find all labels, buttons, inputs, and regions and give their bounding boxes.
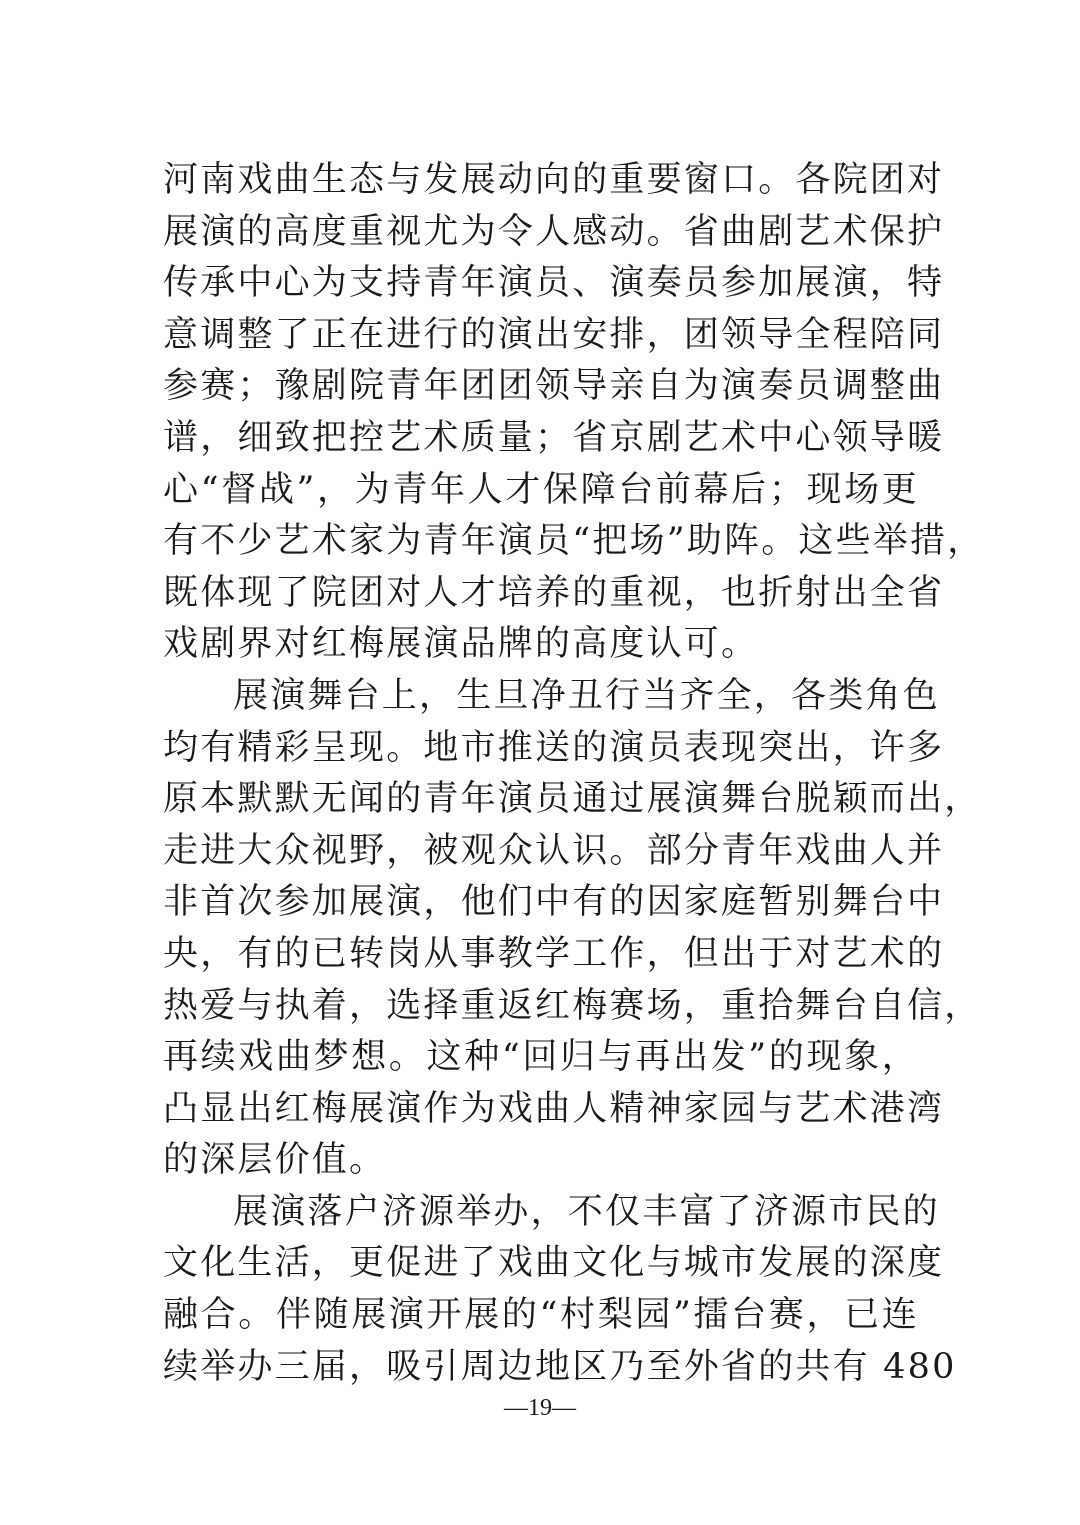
text-line: 的深层价值。 [163, 1135, 919, 1187]
text-line: 凸显出红梅展演作为戏曲人精神家园与艺术港湾 [163, 1084, 919, 1136]
text-line: 展演落户济源举办，不仅丰富了济源市民的 [163, 1187, 919, 1239]
text-line: 河南戏曲生态与发展动向的重要窗口。各院团对 [163, 155, 919, 207]
text-line: 有不少艺术家为青年演员“把场”助阵。这些举措， [163, 516, 919, 568]
paragraph-2: 展演舞台上，生旦净丑行当齐全，各类角色 均有精彩呈现。地市推送的演员表现突出，许… [163, 671, 919, 1187]
text-line: 参赛；豫剧院青年团团领导亲自为演奏员调整曲 [163, 361, 919, 413]
text-line: 续举办三届，吸引周边地区乃至外省的共有 480 [163, 1342, 919, 1394]
text-line: 既体现了院团对人才培养的重视，也折射出全省 [163, 568, 919, 620]
text-line: 展演舞台上，生旦净丑行当齐全，各类角色 [163, 671, 919, 723]
text-line: 谱，细致把控艺术质量；省京剧艺术中心领导暖 [163, 413, 919, 465]
text-line: 原本默默无闻的青年演员通过展演舞台脱颖而出， [163, 774, 919, 826]
text-line: 央，有的已转岗从事教学工作，但出于对艺术的 [163, 929, 919, 981]
text-line: 再续戏曲梦想。这种“回归与再出发”的现象， [163, 1032, 919, 1084]
text-line: 文化生活，更促进了戏曲文化与城市发展的深度 [163, 1238, 919, 1290]
text-line: 心“督战”，为青年人才保障台前幕后；现场更 [163, 465, 919, 517]
text-line: 传承中心为支持青年演员、演奏员参加展演，特 [163, 258, 919, 310]
text-line: 非首次参加展演，他们中有的因家庭暂别舞台中 [163, 877, 919, 929]
paragraph-3: 展演落户济源举办，不仅丰富了济源市民的 文化生活，更促进了戏曲文化与城市发展的深… [163, 1187, 919, 1393]
text-line: 走进大众视野，被观众认识。部分青年戏曲人并 [163, 826, 919, 878]
text-line: 展演的高度重视尤为令人感动。省曲剧艺术保护 [163, 207, 919, 259]
paragraph-1: 河南戏曲生态与发展动向的重要窗口。各院团对 展演的高度重视尤为令人感动。省曲剧艺… [163, 155, 919, 671]
text-line: 融合。伴随展演开展的“村梨园”擂台赛，已连 [163, 1290, 919, 1342]
page-number: —19— [0, 1395, 1080, 1422]
text-line: 均有精彩呈现。地市推送的演员表现突出，许多 [163, 723, 919, 775]
text-line: 热爱与执着，选择重返红梅赛场，重拾舞台自信， [163, 981, 919, 1033]
text-line: 戏剧界对红梅展演品牌的高度认可。 [163, 619, 919, 671]
text-line: 意调整了正在进行的演出安排，团领导全程陪同 [163, 310, 919, 362]
body-text: 河南戏曲生态与发展动向的重要窗口。各院团对 展演的高度重视尤为令人感动。省曲剧艺… [163, 155, 919, 1393]
document-page: 河南戏曲生态与发展动向的重要窗口。各院团对 展演的高度重视尤为令人感动。省曲剧艺… [0, 0, 1080, 1525]
